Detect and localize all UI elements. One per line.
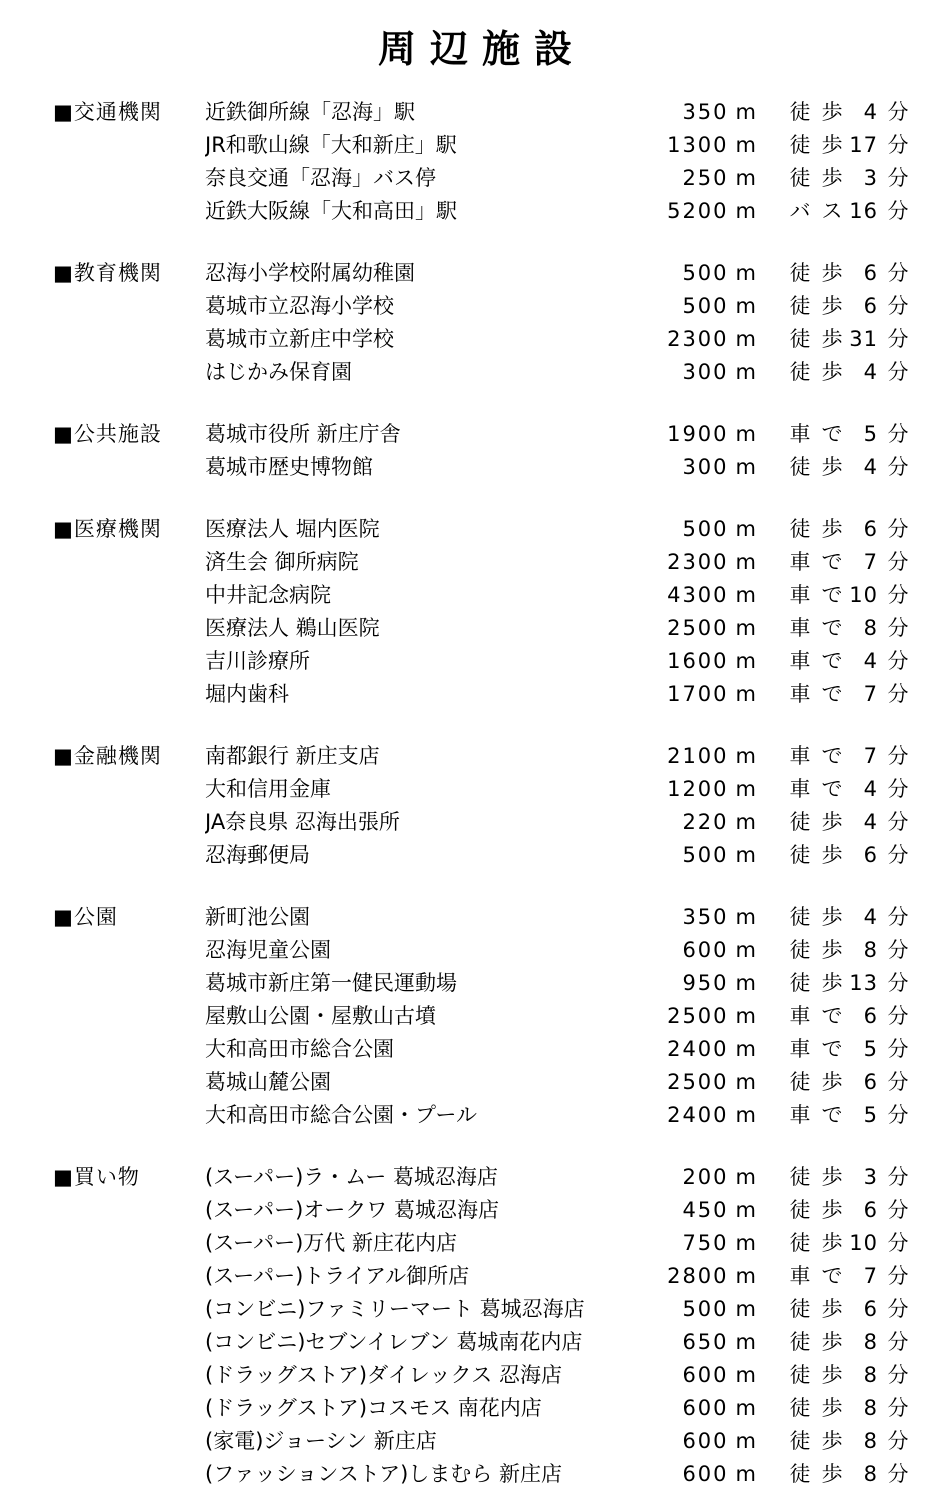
mode-char-1: 車 (788, 740, 812, 773)
distance-unit: m (736, 422, 756, 446)
distance-value: 200 (682, 1165, 728, 1189)
minutes-unit: 分 (886, 678, 910, 711)
mode-char-1: 徒 (788, 356, 812, 389)
facility-name: 葛城市立忍海小学校 (205, 290, 586, 323)
mode-char-2: ス (820, 195, 844, 228)
mode-char-1: 徒 (788, 129, 812, 162)
table-row: (コンビニ)ファミリーマート 葛城忍海店 500m 徒 歩 6 分 (0, 1293, 950, 1326)
mode-char-1: 車 (788, 1260, 812, 1293)
mode-char-2: 歩 (820, 1066, 844, 1099)
mode-char-2: で (820, 645, 844, 678)
minutes-value: 6 (848, 257, 878, 290)
time-cell: 徒 歩 8 分 (788, 1359, 910, 1392)
distance-cell: 600m (586, 1359, 756, 1392)
mode-char-2: で (820, 418, 844, 451)
time-cell: 徒 歩 6 分 (788, 513, 910, 546)
time-cell: 徒 歩 8 分 (788, 1458, 910, 1491)
distance-unit: m (736, 905, 756, 929)
facility-name: 中井記念病院 (205, 579, 586, 612)
distance-cell: 2300m (586, 546, 756, 579)
time-cell: 徒 歩 8 分 (788, 1326, 910, 1359)
table-row: 葛城市新庄第一健民運動場 950m 徒 歩 13 分 (0, 967, 950, 1000)
mode-char-1: 車 (788, 546, 812, 579)
facility-name: 屋敷山公園・屋敷山古墳 (205, 1000, 586, 1033)
distance-value: 350 (682, 100, 728, 124)
mode-char-2: 歩 (820, 257, 844, 290)
section-bullet-icon: ■ (53, 422, 74, 446)
facility-name: (スーパー)オークワ 葛城忍海店 (205, 1194, 586, 1227)
mode-char-2: 歩 (820, 162, 844, 195)
section-bullet-icon: ■ (53, 905, 74, 929)
mode-char-2: 歩 (820, 1194, 844, 1227)
distance-unit: m (736, 100, 756, 124)
mode-char-1: 徒 (788, 1326, 812, 1359)
distance-unit: m (736, 261, 756, 285)
facility-section: ■医療機関 医療法人 堀内医院 500m 徒 歩 6 分 済生会 御所病院 23… (0, 513, 950, 711)
minutes-value: 4 (848, 645, 878, 678)
table-row: ■交通機関 近鉄御所線「忍海」駅 350m 徒 歩 4 分 (0, 96, 950, 129)
distance-unit: m (736, 1198, 756, 1222)
distance-unit: m (736, 682, 756, 706)
mode-char-2: 歩 (820, 1458, 844, 1491)
table-row: 済生会 御所病院 2300m 車 で 7 分 (0, 546, 950, 579)
minutes-value: 7 (848, 678, 878, 711)
mode-char-1: 徒 (788, 967, 812, 1000)
table-row: ■買い物 (スーパー)ラ・ムー 葛城忍海店 200m 徒 歩 3 分 (0, 1161, 950, 1194)
minutes-unit: 分 (886, 1033, 910, 1066)
mode-char-1: 徒 (788, 513, 812, 546)
time-cell: バ ス 16 分 (788, 195, 910, 228)
minutes-value: 8 (848, 934, 878, 967)
minutes-value: 10 (848, 1227, 878, 1260)
minutes-value: 5 (848, 418, 878, 451)
facility-name: 医療法人 鵜山医院 (205, 612, 586, 645)
time-cell: 徒 歩 4 分 (788, 806, 910, 839)
time-cell: 車 で 10 分 (788, 579, 910, 612)
section-label: 買い物 (74, 1165, 140, 1189)
facility-name: (ドラッグストア)ダイレックス 忍海店 (205, 1359, 586, 1392)
facility-name: (スーパー)ラ・ムー 葛城忍海店 (205, 1161, 586, 1194)
minutes-unit: 分 (886, 418, 910, 451)
minutes-value: 31 (848, 323, 878, 356)
section-label: 公共施設 (74, 422, 162, 446)
table-row: 大和高田市総合公園 2400m 車 で 5 分 (0, 1033, 950, 1066)
section-label: 教育機関 (74, 261, 162, 285)
mode-char-2: で (820, 773, 844, 806)
minutes-value: 6 (848, 1194, 878, 1227)
distance-cell: 1900m (586, 418, 756, 451)
table-row: ■教育機関 忍海小学校附属幼稚園 500m 徒 歩 6 分 (0, 257, 950, 290)
distance-value: 1700 (667, 682, 728, 706)
distance-value: 2800 (667, 1264, 728, 1288)
time-cell: 車 で 6 分 (788, 1000, 910, 1033)
table-row: (ドラッグストア)ダイレックス 忍海店 600m 徒 歩 8 分 (0, 1359, 950, 1392)
distance-cell: 450m (586, 1194, 756, 1227)
mode-char-2: 歩 (820, 806, 844, 839)
distance-cell: 950m (586, 967, 756, 1000)
facility-name: はじかみ保育園 (205, 356, 586, 389)
minutes-unit: 分 (886, 257, 910, 290)
mode-char-1: 徒 (788, 1458, 812, 1491)
minutes-unit: 分 (886, 1000, 910, 1033)
facility-section: ■公園 新町池公園 350m 徒 歩 4 分 忍海児童公園 600m 徒 歩 8… (0, 901, 950, 1132)
mode-char-1: 車 (788, 579, 812, 612)
mode-char-1: 徒 (788, 1425, 812, 1458)
distance-value: 600 (682, 1363, 728, 1387)
section-bullet-icon: ■ (53, 1165, 74, 1189)
facility-name: 大和高田市総合公園 (205, 1033, 586, 1066)
minutes-unit: 分 (886, 645, 910, 678)
mode-char-1: 車 (788, 773, 812, 806)
mode-char-2: 歩 (820, 1326, 844, 1359)
distance-unit: m (736, 938, 756, 962)
distance-value: 1300 (667, 133, 728, 157)
time-cell: 徒 歩 4 分 (788, 356, 910, 389)
distance-cell: 500m (586, 257, 756, 290)
table-row: はじかみ保育園 300m 徒 歩 4 分 (0, 356, 950, 389)
mode-char-1: 徒 (788, 257, 812, 290)
table-row: ■金融機関 南都銀行 新庄支店 2100m 車 で 7 分 (0, 740, 950, 773)
section-label: 交通機関 (74, 100, 162, 124)
time-cell: 徒 歩 13 分 (788, 967, 910, 1000)
mode-char-1: 徒 (788, 934, 812, 967)
minutes-value: 8 (848, 1359, 878, 1392)
distance-cell: 250m (586, 162, 756, 195)
minutes-unit: 分 (886, 1458, 910, 1491)
table-row: (スーパー)オークワ 葛城忍海店 450m 徒 歩 6 分 (0, 1194, 950, 1227)
distance-unit: m (736, 1330, 756, 1354)
facility-section: ■金融機関 南都銀行 新庄支店 2100m 車 で 7 分 大和信用金庫 120… (0, 740, 950, 872)
distance-cell: 750m (586, 1227, 756, 1260)
mode-char-1: 徒 (788, 1194, 812, 1227)
distance-unit: m (736, 199, 756, 223)
minutes-value: 4 (848, 773, 878, 806)
facility-name: 近鉄大阪線「大和高田」駅 (205, 195, 586, 228)
distance-value: 2300 (667, 550, 728, 574)
time-cell: 車 で 4 分 (788, 645, 910, 678)
distance-unit: m (736, 294, 756, 318)
facility-name: 近鉄御所線「忍海」駅 (205, 96, 586, 129)
minutes-value: 8 (848, 1425, 878, 1458)
mode-char-2: 歩 (820, 451, 844, 484)
table-row: (ファッションストア)しまむら 新庄店 600m 徒 歩 8 分 (0, 1458, 950, 1491)
minutes-value: 3 (848, 1161, 878, 1194)
facility-name: 忍海小学校附属幼稚園 (205, 257, 586, 290)
time-cell: 徒 歩 4 分 (788, 901, 910, 934)
time-cell: 車 で 5 分 (788, 418, 910, 451)
table-row: (家電)ジョーシン 新庄店 600m 徒 歩 8 分 (0, 1425, 950, 1458)
distance-unit: m (736, 1429, 756, 1453)
distance-value: 1200 (667, 777, 728, 801)
mode-char-1: 徒 (788, 1161, 812, 1194)
mode-char-2: 歩 (820, 967, 844, 1000)
minutes-unit: 分 (886, 129, 910, 162)
time-cell: 車 で 5 分 (788, 1033, 910, 1066)
distance-value: 2500 (667, 1004, 728, 1028)
distance-value: 2300 (667, 327, 728, 351)
distance-unit: m (736, 455, 756, 479)
table-row: 葛城市歴史博物館 300m 徒 歩 4 分 (0, 451, 950, 484)
mode-char-2: 歩 (820, 839, 844, 872)
distance-unit: m (736, 1363, 756, 1387)
distance-cell: 600m (586, 1392, 756, 1425)
time-cell: 車 で 8 分 (788, 612, 910, 645)
distance-unit: m (736, 583, 756, 607)
mode-char-1: 徒 (788, 1066, 812, 1099)
distance-unit: m (736, 1070, 756, 1094)
table-row: (スーパー)トライアル御所店 2800m 車 で 7 分 (0, 1260, 950, 1293)
mode-char-2: 歩 (820, 1161, 844, 1194)
distance-unit: m (736, 1004, 756, 1028)
time-cell: 徒 歩 8 分 (788, 934, 910, 967)
minutes-unit: 分 (886, 1326, 910, 1359)
table-row: 大和高田市総合公園・プール 2400m 車 で 5 分 (0, 1099, 950, 1132)
distance-value: 4300 (667, 583, 728, 607)
facility-name: (家電)ジョーシン 新庄店 (205, 1425, 586, 1458)
mode-char-2: で (820, 1000, 844, 1033)
time-cell: 徒 歩 31 分 (788, 323, 910, 356)
facility-section: ■教育機関 忍海小学校附属幼稚園 500m 徒 歩 6 分 葛城市立忍海小学校 … (0, 257, 950, 389)
minutes-unit: 分 (886, 1066, 910, 1099)
minutes-unit: 分 (886, 1194, 910, 1227)
distance-cell: 600m (586, 1458, 756, 1491)
facility-name: (スーパー)トライアル御所店 (205, 1260, 586, 1293)
mode-char-1: 徒 (788, 323, 812, 356)
table-row: 葛城山麓公園 2500m 徒 歩 6 分 (0, 1066, 950, 1099)
time-cell: 徒 歩 17 分 (788, 129, 910, 162)
minutes-value: 8 (848, 612, 878, 645)
distance-cell: 2500m (586, 612, 756, 645)
distance-value: 2500 (667, 1070, 728, 1094)
time-cell: 徒 歩 10 分 (788, 1227, 910, 1260)
facility-name: 葛城市立新庄中学校 (205, 323, 586, 356)
table-row: ■公園 新町池公園 350m 徒 歩 4 分 (0, 901, 950, 934)
facility-name: 堀内歯科 (205, 678, 586, 711)
mode-char-1: 車 (788, 1033, 812, 1066)
distance-value: 500 (682, 1297, 728, 1321)
minutes-value: 8 (848, 1326, 878, 1359)
facility-name: 奈良交通「忍海」バス停 (205, 162, 586, 195)
distance-cell: 300m (586, 451, 756, 484)
distance-value: 1600 (667, 649, 728, 673)
distance-unit: m (736, 777, 756, 801)
distance-value: 5200 (667, 199, 728, 223)
table-row: 吉川診療所 1600m 車 で 4 分 (0, 645, 950, 678)
minutes-unit: 分 (886, 1099, 910, 1132)
minutes-value: 3 (848, 162, 878, 195)
distance-cell: 600m (586, 934, 756, 967)
mode-char-2: で (820, 612, 844, 645)
time-cell: 徒 歩 6 分 (788, 1293, 910, 1326)
minutes-unit: 分 (886, 96, 910, 129)
mode-char-1: 徒 (788, 96, 812, 129)
minutes-unit: 分 (886, 1227, 910, 1260)
minutes-value: 10 (848, 579, 878, 612)
facility-name: 吉川診療所 (205, 645, 586, 678)
facility-name: (スーパー)万代 新庄花内店 (205, 1227, 586, 1260)
minutes-value: 8 (848, 1458, 878, 1491)
mode-char-2: 歩 (820, 1392, 844, 1425)
minutes-value: 6 (848, 1293, 878, 1326)
facility-section: ■公共施設 葛城市役所 新庄庁舎 1900m 車 で 5 分 葛城市歴史博物館 … (0, 418, 950, 484)
minutes-unit: 分 (886, 451, 910, 484)
minutes-value: 6 (848, 839, 878, 872)
mode-char-2: 歩 (820, 901, 844, 934)
distance-unit: m (736, 843, 756, 867)
distance-cell: 650m (586, 1326, 756, 1359)
distance-value: 500 (682, 843, 728, 867)
mode-char-1: 徒 (788, 162, 812, 195)
minutes-value: 4 (848, 901, 878, 934)
distance-unit: m (736, 1396, 756, 1420)
minutes-unit: 分 (886, 1359, 910, 1392)
minutes-unit: 分 (886, 967, 910, 1000)
distance-cell: 350m (586, 96, 756, 129)
distance-value: 600 (682, 1462, 728, 1486)
time-cell: 徒 歩 3 分 (788, 1161, 910, 1194)
distance-unit: m (736, 1165, 756, 1189)
mode-char-2: 歩 (820, 96, 844, 129)
distance-cell: 300m (586, 356, 756, 389)
time-cell: 徒 歩 8 分 (788, 1425, 910, 1458)
table-row: 近鉄大阪線「大和高田」駅 5200m バ ス 16 分 (0, 195, 950, 228)
minutes-value: 7 (848, 546, 878, 579)
facility-section: ■交通機関 近鉄御所線「忍海」駅 350m 徒 歩 4 分 JR和歌山線「大和新… (0, 96, 950, 228)
distance-value: 2100 (667, 744, 728, 768)
minutes-value: 6 (848, 290, 878, 323)
mode-char-2: 歩 (820, 513, 844, 546)
time-cell: 車 で 7 分 (788, 1260, 910, 1293)
distance-cell: 2100m (586, 740, 756, 773)
minutes-unit: 分 (886, 513, 910, 546)
distance-unit: m (736, 810, 756, 834)
facility-name: (ドラッグストア)コスモス 南花内店 (205, 1392, 586, 1425)
mode-char-2: で (820, 1033, 844, 1066)
category-cell: ■教育機関 (53, 257, 205, 290)
mode-char-2: 歩 (820, 356, 844, 389)
minutes-value: 4 (848, 356, 878, 389)
minutes-value: 16 (848, 195, 878, 228)
mode-char-2: で (820, 546, 844, 579)
facility-name: (ファッションストア)しまむら 新庄店 (205, 1458, 586, 1491)
distance-value: 500 (682, 294, 728, 318)
minutes-value: 7 (848, 740, 878, 773)
minutes-value: 6 (848, 513, 878, 546)
minutes-unit: 分 (886, 162, 910, 195)
mode-char-1: 車 (788, 418, 812, 451)
minutes-unit: 分 (886, 612, 910, 645)
time-cell: 車 で 5 分 (788, 1099, 910, 1132)
minutes-value: 5 (848, 1099, 878, 1132)
mode-char-2: 歩 (820, 1293, 844, 1326)
distance-value: 750 (682, 1231, 728, 1255)
mode-char-2: 歩 (820, 290, 844, 323)
time-cell: 徒 歩 4 分 (788, 96, 910, 129)
mode-char-2: 歩 (820, 129, 844, 162)
minutes-unit: 分 (886, 740, 910, 773)
distance-cell: 500m (586, 1293, 756, 1326)
minutes-value: 4 (848, 96, 878, 129)
distance-unit: m (736, 1037, 756, 1061)
distance-cell: 500m (586, 839, 756, 872)
facility-name: 葛城山麓公園 (205, 1066, 586, 1099)
facility-name: 葛城市新庄第一健民運動場 (205, 967, 586, 1000)
facility-name: 忍海郵便局 (205, 839, 586, 872)
facility-name: 大和高田市総合公園・プール (205, 1099, 586, 1132)
facilities-document: 周辺施設 ■交通機関 近鉄御所線「忍海」駅 350m 徒 歩 4 分 JR和歌山… (0, 0, 950, 1500)
mode-char-2: で (820, 740, 844, 773)
distance-unit: m (736, 133, 756, 157)
time-cell: 徒 歩 4 分 (788, 451, 910, 484)
distance-value: 2500 (667, 616, 728, 640)
category-cell: ■買い物 (53, 1161, 205, 1194)
distance-cell: 600m (586, 1425, 756, 1458)
distance-cell: 1200m (586, 773, 756, 806)
distance-unit: m (736, 1264, 756, 1288)
minutes-unit: 分 (886, 1392, 910, 1425)
distance-unit: m (736, 1297, 756, 1321)
facility-name: 葛城市役所 新庄庁舎 (205, 418, 586, 451)
minutes-value: 4 (848, 451, 878, 484)
minutes-value: 4 (848, 806, 878, 839)
facility-name: 医療法人 堀内医院 (205, 513, 586, 546)
distance-value: 2400 (667, 1103, 728, 1127)
distance-value: 600 (682, 1429, 728, 1453)
minutes-value: 5 (848, 1033, 878, 1066)
time-cell: 車 で 7 分 (788, 678, 910, 711)
category-cell: ■公園 (53, 901, 205, 934)
section-bullet-icon: ■ (53, 517, 74, 541)
distance-unit: m (736, 1462, 756, 1486)
page-title: 周辺施設 (0, 0, 950, 64)
distance-value: 500 (682, 517, 728, 541)
minutes-value: 13 (848, 967, 878, 1000)
minutes-unit: 分 (886, 323, 910, 356)
distance-unit: m (736, 360, 756, 384)
mode-char-1: 徒 (788, 806, 812, 839)
mode-char-1: 徒 (788, 901, 812, 934)
table-row: 屋敷山公園・屋敷山古墳 2500m 車 で 6 分 (0, 1000, 950, 1033)
distance-cell: 500m (586, 290, 756, 323)
minutes-value: 17 (848, 129, 878, 162)
distance-unit: m (736, 517, 756, 541)
distance-cell: 5200m (586, 195, 756, 228)
mode-char-1: 車 (788, 612, 812, 645)
mode-char-1: 徒 (788, 839, 812, 872)
table-row: 忍海郵便局 500m 徒 歩 6 分 (0, 839, 950, 872)
distance-unit: m (736, 1103, 756, 1127)
minutes-unit: 分 (886, 579, 910, 612)
section-bullet-icon: ■ (53, 744, 74, 768)
minutes-unit: 分 (886, 773, 910, 806)
distance-value: 500 (682, 261, 728, 285)
mode-char-1: 車 (788, 1000, 812, 1033)
minutes-unit: 分 (886, 1425, 910, 1458)
distance-cell: 4300m (586, 579, 756, 612)
table-row: JR和歌山線「大和新庄」駅 1300m 徒 歩 17 分 (0, 129, 950, 162)
distance-unit: m (736, 744, 756, 768)
distance-unit: m (736, 649, 756, 673)
mode-char-2: 歩 (820, 1425, 844, 1458)
mode-char-1: 徒 (788, 1359, 812, 1392)
category-cell: ■医療機関 (53, 513, 205, 546)
category-cell: ■金融機関 (53, 740, 205, 773)
minutes-unit: 分 (886, 195, 910, 228)
mode-char-1: 徒 (788, 290, 812, 323)
time-cell: 徒 歩 6 分 (788, 257, 910, 290)
table-row: 中井記念病院 4300m 車 で 10 分 (0, 579, 950, 612)
facility-name: JR和歌山線「大和新庄」駅 (205, 129, 586, 162)
